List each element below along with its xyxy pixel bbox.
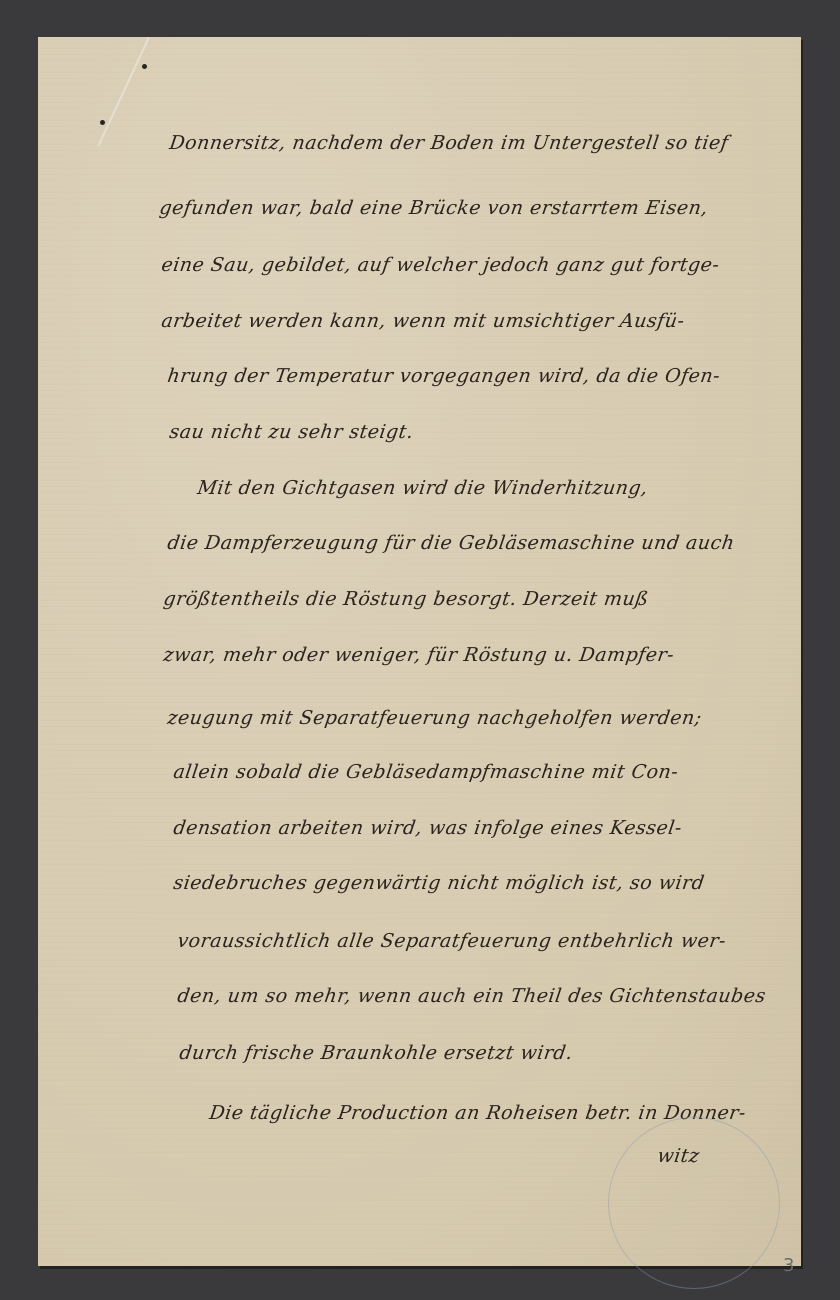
page-number: 3 (783, 1255, 794, 1276)
text-line: zeugung mit Separatfeuerung nachgeholfen… (166, 707, 703, 729)
text-line: gefunden war, bald eine Brücke von ersta… (158, 197, 709, 219)
text-line: voraussichtlich alle Separatfeuerung ent… (176, 930, 728, 952)
text-line: allein sobald die Gebläsedampfmaschine m… (172, 761, 680, 783)
text-line: Donnersitz, nachdem der Boden im Unterge… (168, 132, 730, 154)
text-line: die Dampferzeugung für die Gebläsemaschi… (166, 532, 736, 554)
paper-crease (97, 37, 150, 147)
text-line: sau nicht zu sehr steigt. (168, 421, 415, 443)
text-line: hrung der Temperatur vorgegangen wird, d… (166, 365, 722, 387)
text-line: densation arbeiten wird, was infolge ein… (172, 817, 683, 839)
text-line: siedebruches gegenwärtig nicht möglich i… (172, 872, 706, 894)
text-line: den, um so mehr, wenn auch ein Theil des… (176, 985, 767, 1007)
pinhole-mark (100, 120, 105, 125)
text-line: größtentheils die Röstung besorgt. Derze… (162, 588, 650, 610)
text-line: eine Sau, gebildet, auf welcher jedoch g… (160, 254, 721, 276)
text-line: zwar, mehr oder weniger, für Röstung u. … (162, 644, 676, 666)
document-page: Donnersitz, nachdem der Boden im Unterge… (38, 37, 801, 1266)
pinhole-mark (142, 64, 147, 69)
faint-stamp-circle (608, 1117, 780, 1289)
text-line: arbeitet werden kann, wenn mit umsichtig… (160, 310, 686, 332)
text-line: durch frische Braunkohle ersetzt wird. (178, 1042, 574, 1064)
text-line: Mit den Gichtgasen wird die Winderhitzun… (196, 477, 649, 499)
